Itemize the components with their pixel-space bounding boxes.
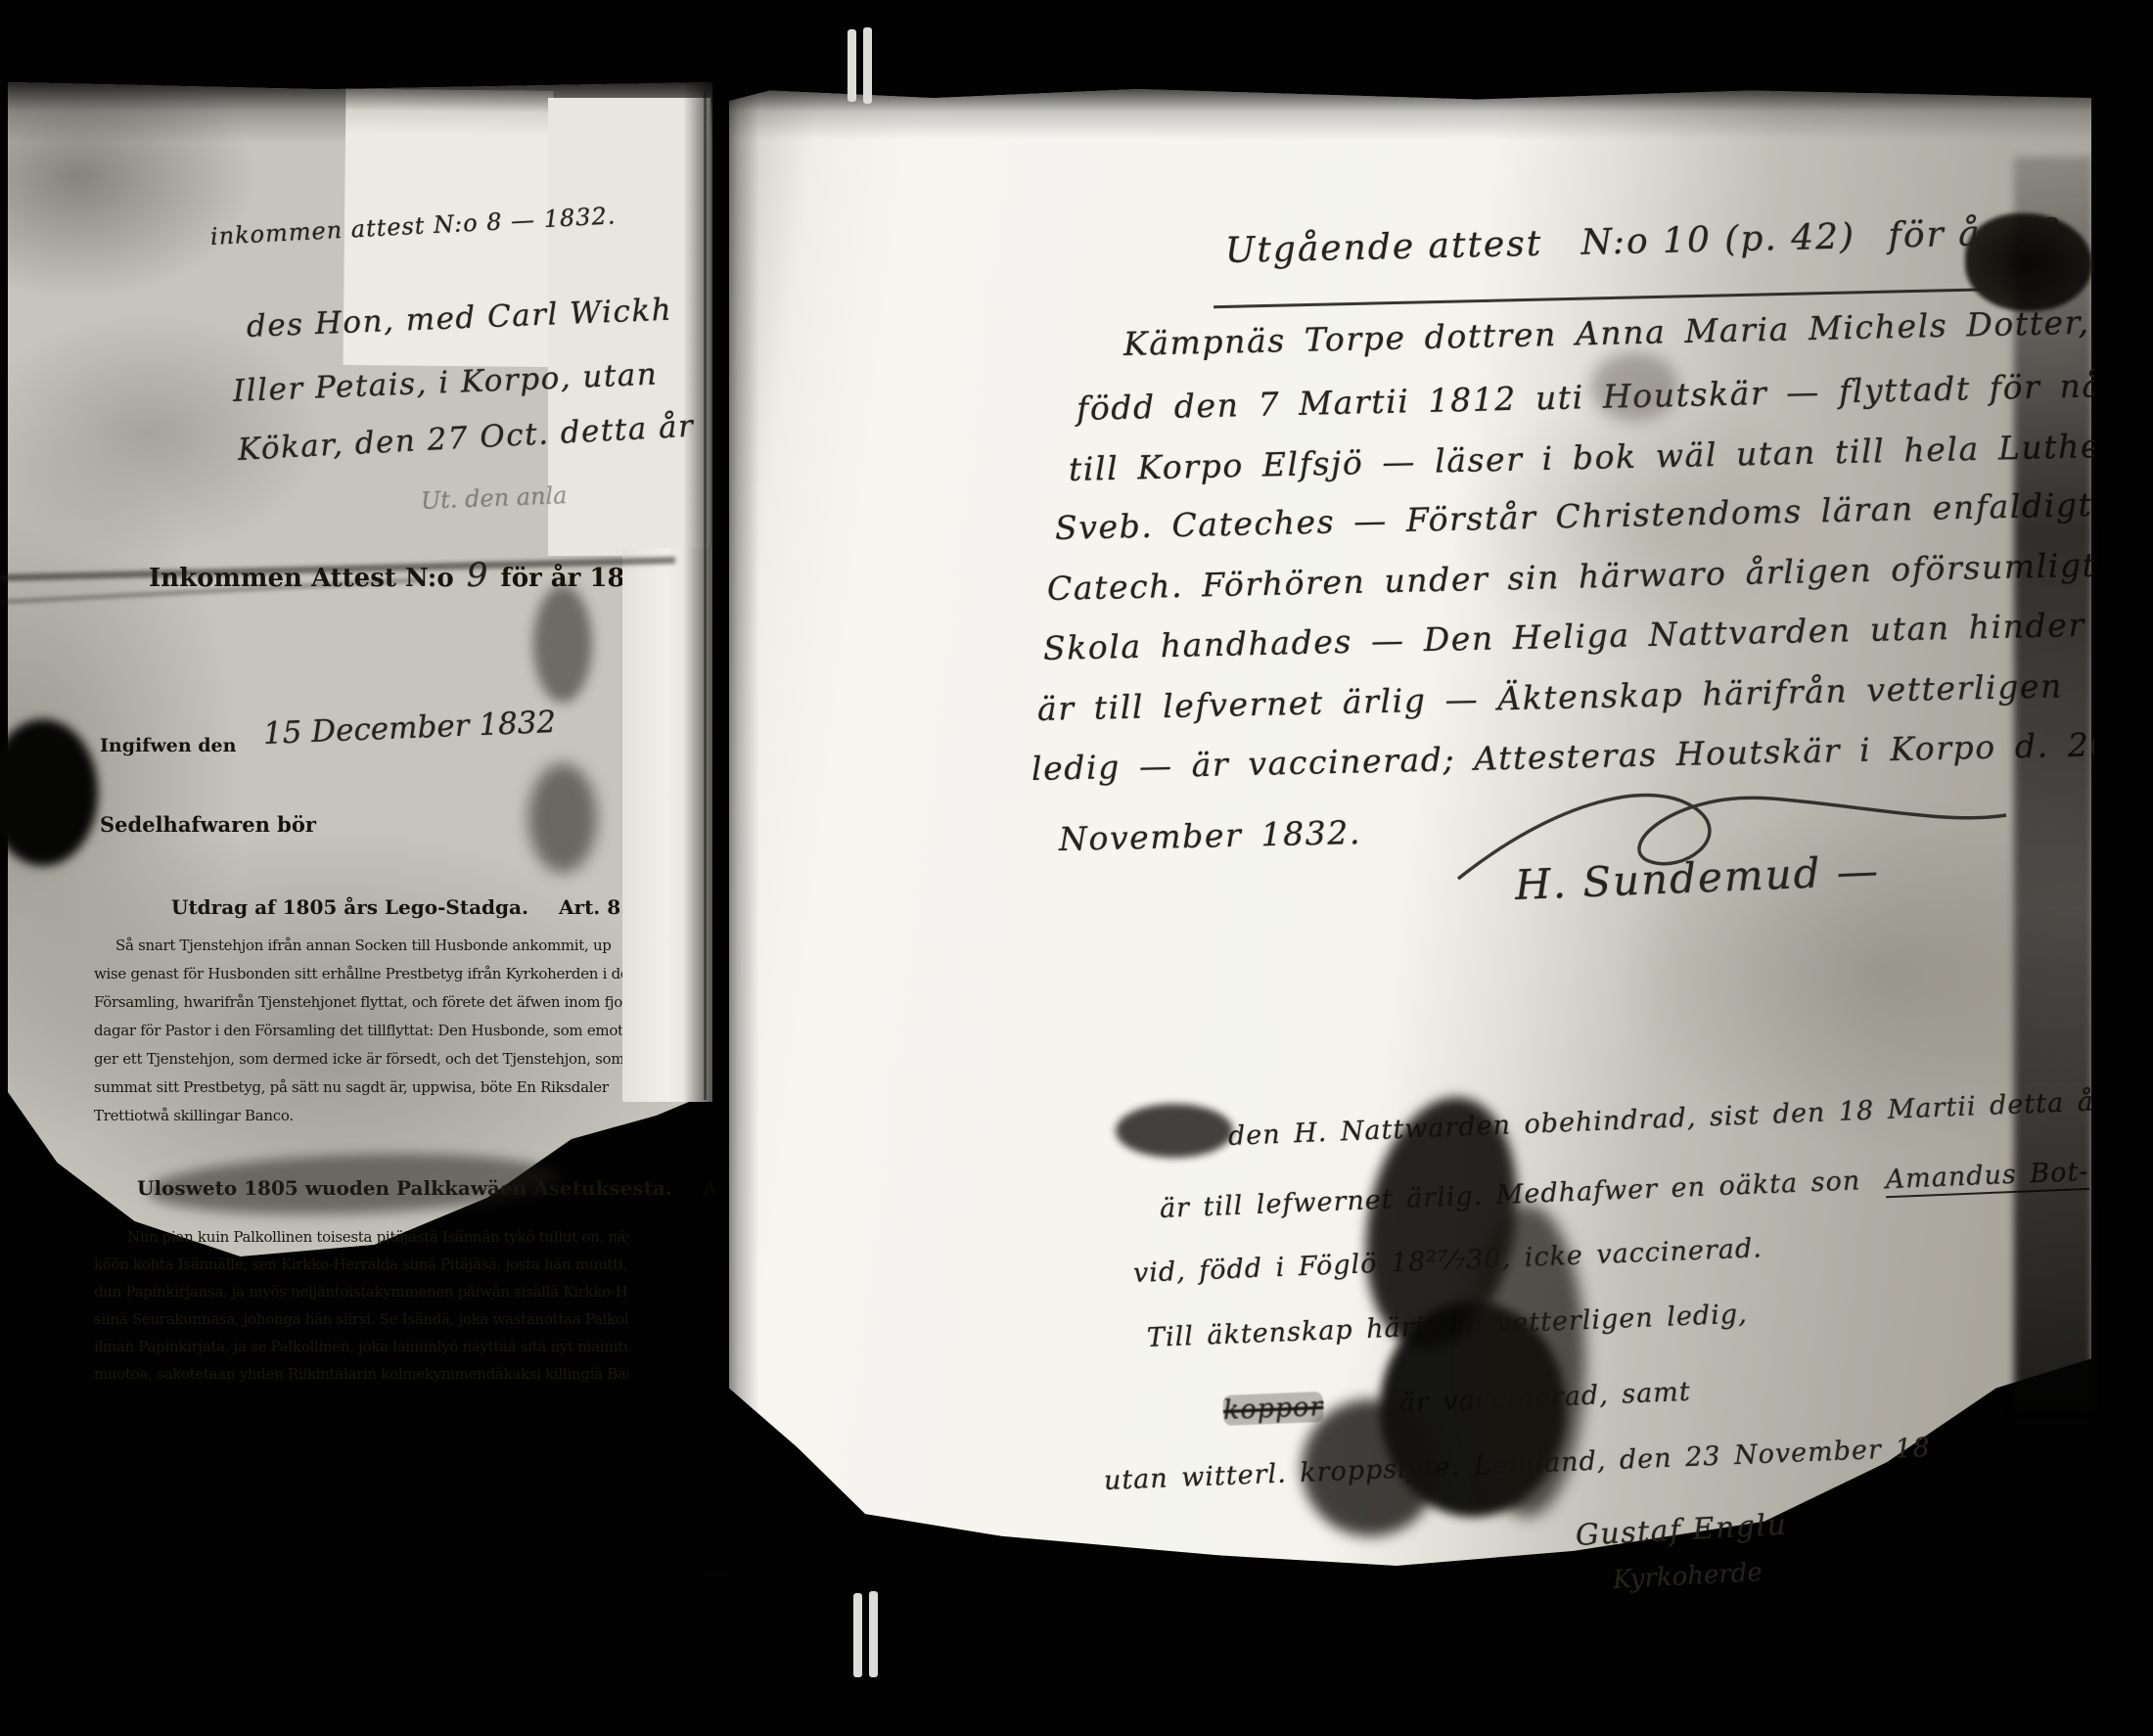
outgoing-attest-heading: Utgående attest N:o 10 (p. 42) för år 18 [1225, 212, 2063, 271]
vicar-signature-name: Gustaf Englu [1575, 1508, 1788, 1553]
handwritten-line: född den 7 Martii 1812 uti Houtskär — fl… [1076, 362, 2094, 428]
film-edge-stain [2014, 157, 2092, 1409]
film-registration-mark [869, 1591, 878, 1677]
film-registration-mark [863, 27, 872, 104]
outgoing-attest-number: N:o 10 (p. 42) [1580, 216, 1855, 262]
paper-stain [1590, 352, 1678, 421]
book-gutter-shadow [683, 82, 759, 1570]
handwritten-line: Catech. Förhören under sin härwaro årlig… [1047, 542, 2094, 608]
film-registration-mark [853, 1593, 862, 1677]
ink-smudge [1116, 1104, 1233, 1158]
handwritten-line: den H. Nattwarden obehindrad, sist den 1… [1227, 1086, 2094, 1152]
handwritten-line: är till lefwernet ärlig. Medhafwer en oä… [1159, 1157, 2089, 1224]
handwritten-line: till Korpo Elfsjö — läser i bok wäl utan… [1069, 426, 2094, 488]
handwritten-line: November 1832. [1059, 813, 1362, 858]
handwritten-line: Skola handhades — Den Heliga Nattvarden … [1043, 605, 2094, 667]
handwritten-line: är till lefvernet ärlig — Äktenskap häri… [1037, 666, 2064, 728]
handwritten-line: Kämpnäs Torpe dottren Anna Maria Michels… [1123, 301, 2094, 363]
heading-underline [1214, 288, 2008, 308]
ink-stain [1468, 1204, 1585, 1517]
film-registration-mark [847, 29, 856, 102]
ink-stain [528, 763, 597, 873]
struck-out-word: koppor [1222, 1392, 1324, 1426]
film-scan: inkommen attest N:o 8 — 1832. des Hon, m… [0, 0, 2153, 1736]
outgoing-attest-heading-lead: Utgående attest [1225, 224, 1543, 271]
vicar-signature-title: Kyrkoherde [1612, 1558, 1763, 1595]
ink-stain [533, 585, 592, 703]
right-page-text-layer: Utgående attest N:o 10 (p. 42) för år 18… [0, 0, 2094, 1736]
ink-stain [1302, 1399, 1439, 1536]
handwritten-line: Sveb. Cateches — Förstår Christendoms lä… [1055, 481, 2094, 547]
